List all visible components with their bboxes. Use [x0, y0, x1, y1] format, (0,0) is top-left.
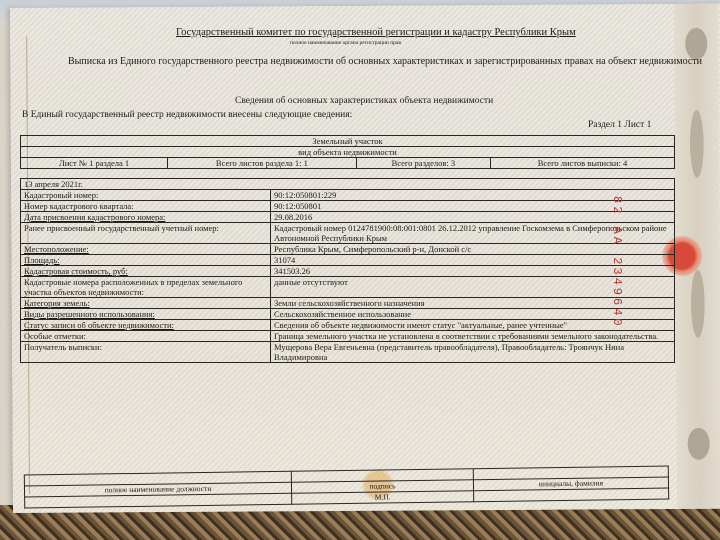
section-title: Сведения об основных характеристиках объ… [235, 96, 493, 106]
table-row: Кадастровая стоимость, руб:341503.26 [21, 266, 675, 277]
field-label: Кадастровые номера расположенных в преде… [21, 277, 271, 298]
field-value: Мущерова Вера Евгеньевна (представитель … [271, 342, 675, 363]
table-row: Номер кадастрового квартала:90:12:050801 [21, 201, 675, 212]
sheet-counts-table: Лист № 1 раздела 1 Всего листов раздела … [20, 157, 675, 169]
field-label: Дата присвоения кадастрового номера: [21, 212, 271, 223]
sheet-reference: Раздел 1 Лист 1 [588, 120, 651, 130]
field-label: Площадь: [21, 255, 271, 266]
stamp-spacer-right [474, 488, 669, 502]
object-type: Земельный участок [21, 136, 675, 147]
property-details-table: 13 апреля 2021г. Кадастровый номер:90:12… [20, 178, 675, 363]
table-row: Площадь:31074 [21, 255, 675, 266]
sheet-number: Лист № 1 раздела 1 [21, 158, 168, 169]
extract-title: Выписка из Единого государственного реес… [68, 56, 702, 67]
field-label: Кадастровый номер: [21, 190, 271, 201]
agency-name: Государственный комитет по государственн… [176, 27, 576, 38]
field-value: Граница земельного участка не установлен… [271, 331, 675, 342]
agency-caption: полное наименование органа регистрации п… [290, 40, 401, 46]
field-label: Виды разрешенного использования: [21, 309, 271, 320]
field-label: Категория земель: [21, 298, 271, 309]
table-row: Категория земель:Земли сельскохозяйствен… [21, 298, 675, 309]
field-label: Кадастровая стоимость, руб: [21, 266, 271, 277]
field-label: Местоположение: [21, 244, 271, 255]
sheets-total: Всего листов выписки: 4 [491, 158, 675, 169]
table-row: Кадастровый номер:90:12:050801:229 [21, 190, 675, 201]
extract-date: 13 апреля 2021г. [21, 179, 675, 190]
field-label: Получатель выписки: [21, 342, 271, 363]
sections-total: Всего разделов: 3 [356, 158, 490, 169]
form-serial-number: 82 АА 2349640 [610, 196, 624, 329]
field-label: Статус записи об объекте недвижимости: [21, 320, 271, 331]
intro-text: В Единый государственный реестр недвижим… [22, 110, 352, 120]
object-type-caption: вид объекта недвижимости [21, 147, 675, 158]
object-type-table: Земельный участок вид объекта недвижимос… [20, 135, 675, 158]
table-row: Дата присвоения кадастрового номера:29.0… [21, 212, 675, 223]
table-row: Получатель выписки:Мущерова Вера Евгенье… [21, 342, 675, 363]
table-row: Местоположение:Республика Крым, Симфероп… [21, 244, 675, 255]
table-row: Особые отметки:Граница земельного участк… [21, 331, 675, 342]
table-row: Виды разрешенного использования:Сельскох… [21, 309, 675, 320]
field-label: Ранее присвоенный государственный учетны… [21, 223, 271, 244]
sheets-in-section: Всего листов раздела 1: 1 [168, 158, 357, 169]
table-row: Статус записи об объекте недвижимости:Св… [21, 320, 675, 331]
field-label: Особые отметки: [21, 331, 271, 342]
stamp-label: М.П. [292, 491, 474, 505]
table-row: Кадастровые номера расположенных в преде… [21, 277, 675, 298]
field-label: Номер кадастрового квартала: [21, 201, 271, 212]
table-row: Ранее присвоенный государственный учетны… [21, 223, 675, 244]
